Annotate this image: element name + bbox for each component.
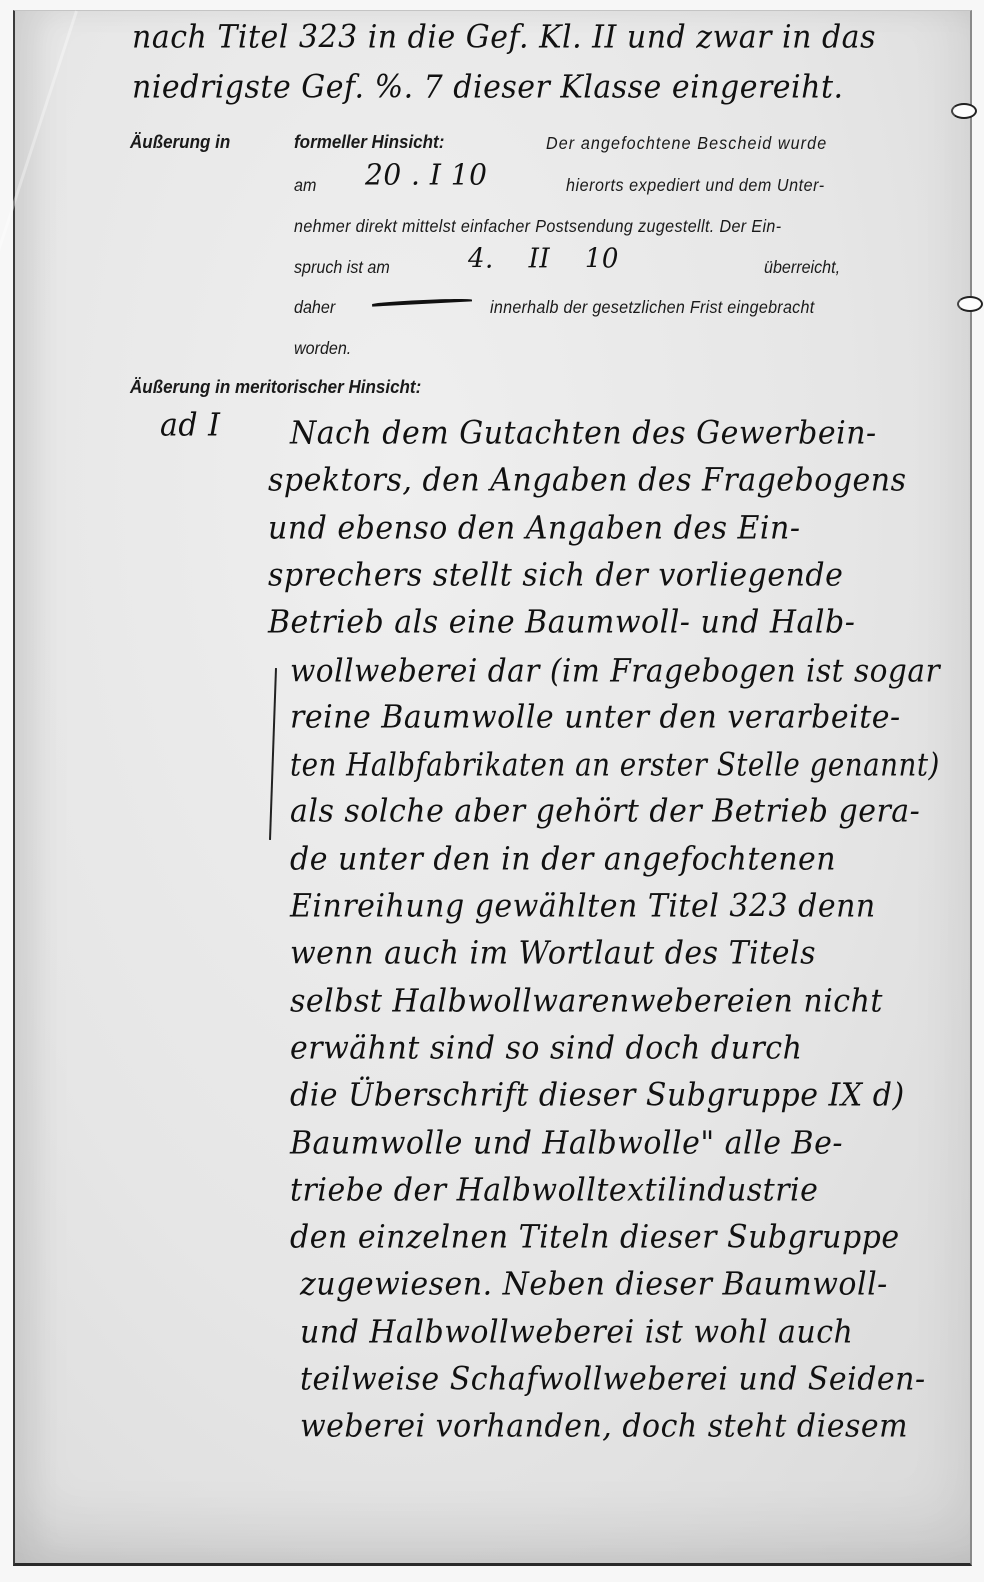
merit-handwritten-line: Baumwolle und Halbwolle" alle Be- xyxy=(290,1125,843,1162)
formal-line-5-suffix: innerhalb der gesetzlichen Frist eingebr… xyxy=(490,297,814,318)
merit-handwritten-line: ten Halbfabrikaten an erster Stelle gena… xyxy=(290,747,940,784)
merit-handwritten-line: wenn auch im Wortlaut des Titels xyxy=(290,935,816,972)
merit-handwritten-line: sprechers stellt sich der vorliegende xyxy=(268,557,843,594)
handwritten-line: niedrigste Gef. %. 7 dieser Klasse einge… xyxy=(132,69,844,106)
merit-handwritten-line: Betrieb als eine Baumwoll- und Halb- xyxy=(268,604,855,641)
formal-line-6: worden. xyxy=(294,338,351,359)
formal-heading-part1: Äußerung in xyxy=(130,131,230,153)
dispatch-date: 20 . I 10 xyxy=(365,157,487,192)
merit-handwritten-line: und Halbwollweberei ist wohl auch xyxy=(300,1314,853,1351)
merit-handwritten-line: Nach dem Gutachten des Gewerbein- xyxy=(290,415,877,452)
formal-line-2-suffix: hierorts expediert und dem Unter- xyxy=(566,175,825,196)
merit-handwritten-line: de unter den in der angefochtenen xyxy=(290,841,836,878)
objection-date: 4. II 10 xyxy=(468,243,619,275)
punch-hole xyxy=(957,296,983,312)
merit-heading: Äußerung in meritorischer Hinsicht: xyxy=(130,376,421,398)
merit-handwritten-line: und ebenso den Angaben des Ein- xyxy=(268,510,800,547)
formal-line-4-suffix: überreicht, xyxy=(764,257,840,278)
merit-handwritten-line: spektors, den Angaben des Fragebogens xyxy=(268,462,907,499)
merit-handwritten-line: weberei vorhanden, doch steht diesem xyxy=(300,1408,908,1445)
merit-handwritten-line: Einreihung gewählten Titel 323 denn xyxy=(290,888,876,925)
handwritten-line: nach Titel 323 in die Gef. Kl. II und zw… xyxy=(132,19,922,56)
merit-handwritten-line: reine Baumwolle unter den verarbeite- xyxy=(290,699,901,736)
merit-handwritten-line: als solche aber gehört der Betrieb gera- xyxy=(290,793,920,830)
formal-line-4-prefix: spruch ist am xyxy=(294,257,390,278)
formal-line-3: nehmer direkt mittelst einfacher Postsen… xyxy=(294,216,781,237)
merit-handwritten-line: den einzelnen Titeln dieser Subgruppe xyxy=(290,1219,900,1256)
paper-crease xyxy=(0,11,78,259)
punch-hole xyxy=(951,103,977,119)
formal-line-5-prefix: daher xyxy=(294,297,335,318)
merit-handwritten-line: zugewiesen. Neben dieser Baumwoll- xyxy=(300,1266,888,1303)
merit-handwritten-line: teilweise Schafwollweberei und Seiden- xyxy=(300,1361,926,1398)
merit-handwritten-line: die Überschrift dieser Subgruppe IX d) xyxy=(290,1077,905,1114)
merit-handwritten-line: erwähnt sind so sind doch durch xyxy=(290,1030,802,1067)
item-label: ad I xyxy=(160,407,220,444)
formal-line-1: Der angefochtene Bescheid wurde xyxy=(546,133,827,154)
merit-handwritten-line: wollweberei dar (im Fragebogen ist sogar xyxy=(290,653,940,690)
formal-heading-part2: formeller Hinsicht: xyxy=(294,131,444,153)
merit-handwritten-line: triebe der Halbwolltextilindustrie xyxy=(290,1172,818,1209)
merit-handwritten-line: selbst Halbwollwarenwebereien nicht xyxy=(290,983,883,1020)
formal-line-2-prefix: am xyxy=(294,175,316,196)
